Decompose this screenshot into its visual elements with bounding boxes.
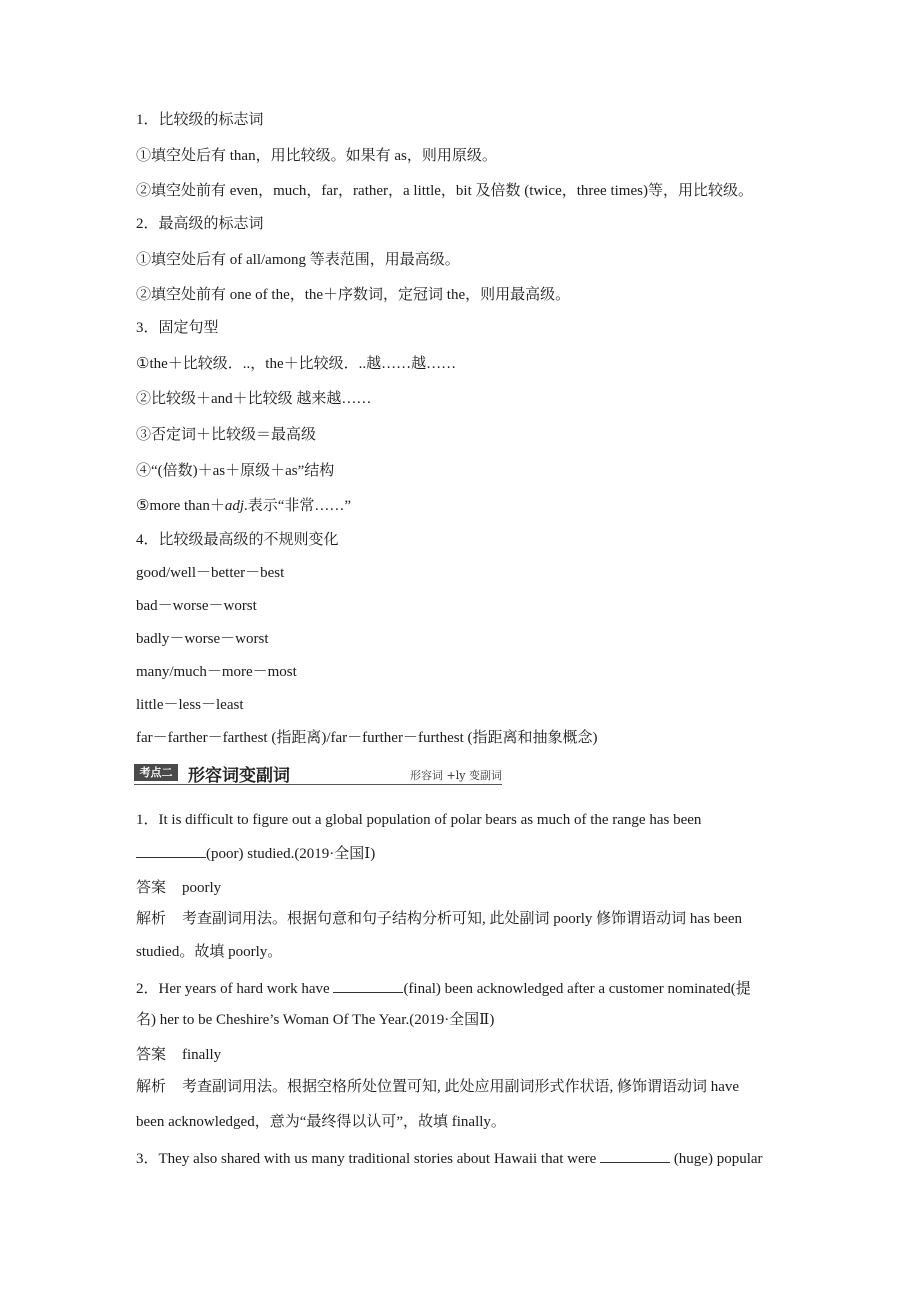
section-header: 考点二 形容词变副词 形容词 +ly 变副词 bbox=[134, 762, 502, 785]
answer-label: 答案 bbox=[136, 1047, 166, 1063]
irregular-form: badly－worse－worst bbox=[136, 629, 268, 649]
irregular-form: good/well－better－best bbox=[136, 563, 284, 583]
rule-text-part: ⑤more than＋ bbox=[136, 498, 225, 514]
question-text-part: (final) been acknowledged after a custom… bbox=[403, 981, 750, 997]
analysis-text: 考查副词用法。根据句意和句子结构分析可知, 此处副词 poorly 修饰谓语动词… bbox=[182, 911, 742, 927]
analysis-row: 解析考查副词用法。根据空格所处位置可知, 此处应用副词形式作状语, 修饰谓语动词… bbox=[136, 1077, 739, 1097]
rule-text: ①填空处后有 than，用比较级。如果有 as，则用原级。 bbox=[136, 146, 497, 166]
question-text: 3．They also shared with us many traditio… bbox=[136, 1148, 763, 1169]
irregular-form: bad－worse－worst bbox=[136, 596, 257, 616]
heading-comparative-markers: 1．比较级的标志词 bbox=[136, 110, 264, 130]
irregular-form: little－less－least bbox=[136, 695, 243, 715]
analysis-row: 解析考查副词用法。根据句意和句子结构分析可知, 此处副词 poorly 修饰谓语… bbox=[136, 909, 742, 929]
analysis-label: 解析 bbox=[136, 911, 166, 927]
question-text: 1．It is difficult to figure out a global… bbox=[136, 810, 701, 830]
heading-irregular-forms: 4．比较级最高级的不规则变化 bbox=[136, 530, 339, 550]
analysis-label: 解析 bbox=[136, 1079, 166, 1095]
section-subtitle: 形容词 +ly 变副词 bbox=[410, 767, 502, 783]
rule-text: ①填空处后有 of all/among 等表范围，用最高级。 bbox=[136, 250, 460, 270]
answer-value: finally bbox=[182, 1047, 221, 1063]
answer-blank bbox=[600, 1148, 670, 1163]
question-text: 名) her to be Cheshire’s Woman Of The Yea… bbox=[136, 1010, 494, 1030]
rule-text: ②填空处前有 even，much，far，rather，a little，bit… bbox=[136, 181, 753, 201]
question-text-part: (poor) studied.(2019·全国Ⅰ) bbox=[206, 846, 375, 862]
section-title: 形容词变副词 bbox=[188, 761, 290, 786]
answer-value: poorly bbox=[182, 880, 221, 896]
question-text: (poor) studied.(2019·全国Ⅰ) bbox=[136, 843, 375, 864]
answer-row: 答案poorly bbox=[136, 878, 221, 898]
section-badge: 考点二 bbox=[134, 764, 178, 781]
answer-blank bbox=[333, 978, 403, 993]
heading-superlative-markers: 2．最高级的标志词 bbox=[136, 214, 264, 234]
answer-blank bbox=[136, 843, 206, 858]
question-text-part: 3．They also shared with us many traditio… bbox=[136, 1151, 600, 1167]
rule-text: ①the＋比较级．..，the＋比较级．..越……越…… bbox=[136, 354, 456, 374]
answer-label: 答案 bbox=[136, 880, 166, 896]
heading-fixed-patterns: 3．固定句型 bbox=[136, 318, 219, 338]
irregular-form: far－farther－farthest (指距离)/far－further－f… bbox=[136, 728, 598, 748]
rule-text: ⑤more than＋adj.表示“非常……” bbox=[136, 496, 351, 516]
rule-text-part: .表示“非常……” bbox=[244, 498, 351, 514]
analysis-text: studied。故填 poorly。 bbox=[136, 942, 282, 962]
question-text: 2．Her years of hard work have (final) be… bbox=[136, 978, 751, 999]
answer-row: 答案finally bbox=[136, 1045, 221, 1065]
rule-text: ②填空处前有 one of the，the＋序数词，定冠词 the，则用最高级。 bbox=[136, 285, 570, 305]
italic-term: adj bbox=[225, 498, 244, 514]
rule-text: ③否定词＋比较级＝最高级 bbox=[136, 425, 316, 445]
rule-text: ④“(倍数)＋as＋原级＋as”结构 bbox=[136, 461, 334, 481]
rule-text: ②比较级＋and＋比较级 越来越…… bbox=[136, 389, 371, 409]
analysis-text: been acknowledged，意为“最终得以认可”，故填 finally。 bbox=[136, 1112, 506, 1132]
question-text-part: (huge) popular bbox=[670, 1151, 762, 1167]
question-text-part: 2．Her years of hard work have bbox=[136, 981, 333, 997]
analysis-text: 考查副词用法。根据空格所处位置可知, 此处应用副词形式作状语, 修饰谓语动词 h… bbox=[182, 1079, 739, 1095]
irregular-form: many/much－more－most bbox=[136, 662, 297, 682]
